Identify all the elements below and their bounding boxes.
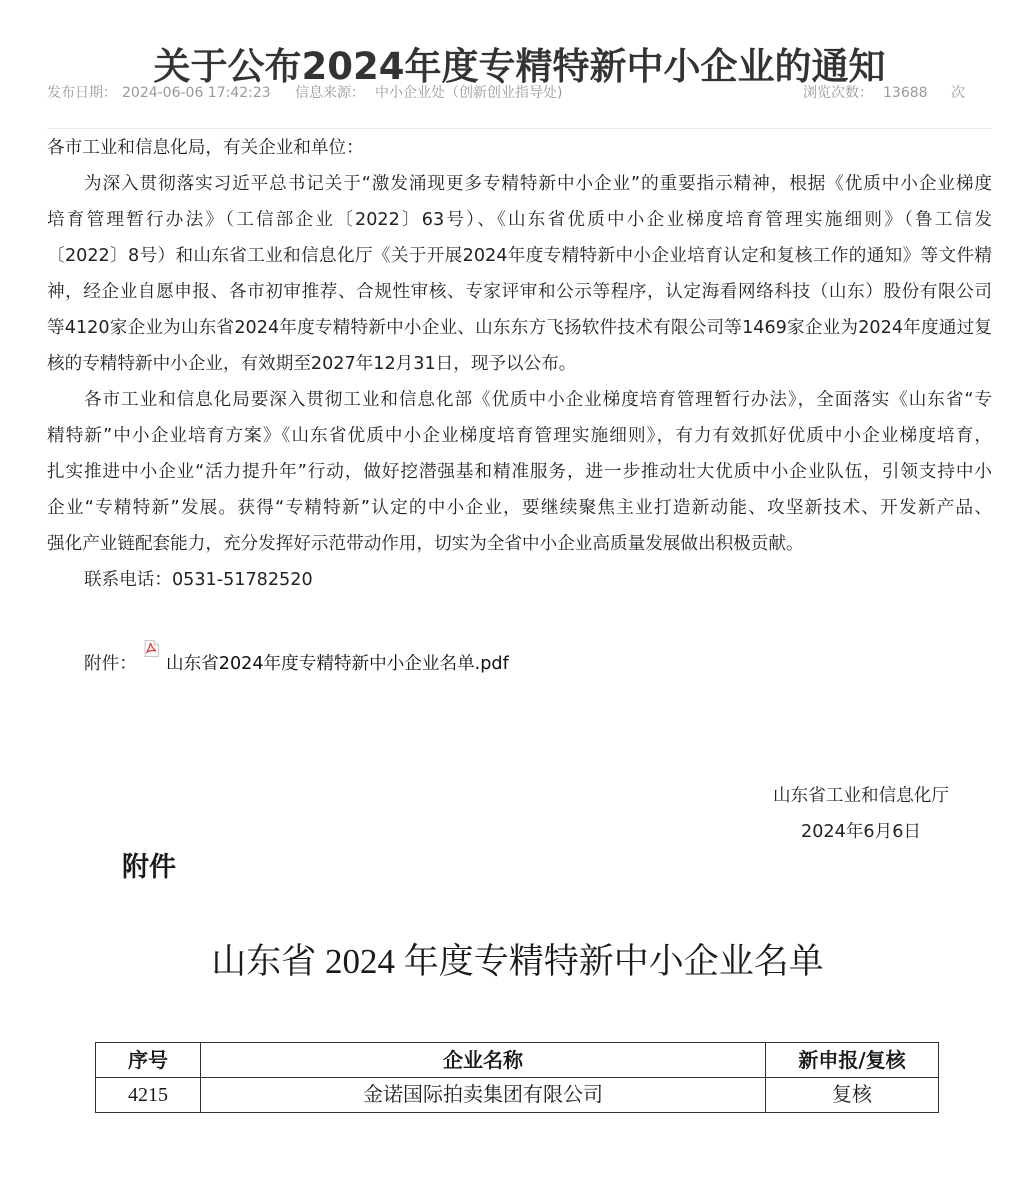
attachment-heading: 附件 xyxy=(122,851,176,885)
source-value: 中小企业处（创新创业指导处) xyxy=(375,83,562,103)
company-list-table: 序号 企业名称 新申报/复核 4215 金诺国际拍卖集团有限公司 复核 xyxy=(95,1042,939,1113)
paragraph-2: 各市工业和信息化局要深入贯彻工业和信息化部《优质中小企业梯度培育管理暂行办法》，… xyxy=(47,382,992,562)
signature-org: 山东省工业和信息化厅 xyxy=(47,778,992,814)
cell-type: 复核 xyxy=(766,1078,939,1113)
paragraph-line: 等4120家企业为山东省2024年度专精特新中小企业、山东东方飞扬软件技术有限公… xyxy=(47,310,992,346)
spacer xyxy=(47,706,992,742)
table-row: 4215 金诺国际拍卖集团有限公司 复核 xyxy=(96,1078,939,1113)
column-header-type: 新申报/复核 xyxy=(766,1043,939,1078)
paragraph-line: 扎实推进中小企业“活力提升年”行动，做好挖潜强基和精准服务，进一步推动壮大优质中… xyxy=(47,454,992,490)
contact-phone: 联系电话：0531-51782520 xyxy=(47,562,992,598)
pdf-icon xyxy=(144,634,159,651)
paragraph-line: 精特新”中小企业培育方案》《山东省优质中小企业梯度培育管理实施细则》，有力有效抓… xyxy=(47,418,992,454)
paragraph-line: 企业“专精特新”发展。获得“专精特新”认定的中小企业，要继续聚焦主业打造新动能、… xyxy=(47,490,992,526)
paragraph-line: 神，经企业自愿申报、各市初审推荐、合规性审核、专家评审和公示等程序，认定海看网络… xyxy=(47,274,992,310)
attachment-preview-image: 附件 山东省 2024 年度专精特新中小企业名单 序号 企业名称 新申报/复核 … xyxy=(90,845,950,1130)
meta-divider xyxy=(47,128,992,129)
paragraph-line: 各市工业和信息化局要深入贯彻工业和信息化部《优质中小企业梯度培育管理暂行办法》，… xyxy=(47,382,992,418)
table-header-row: 序号 企业名称 新申报/复核 xyxy=(96,1043,939,1078)
publish-date-value: 2024-06-06 17:42:23 xyxy=(122,83,271,103)
attachment-label: 附件： xyxy=(84,654,137,674)
paragraph-line: 培育管理暂行办法》（工信部企业〔2022〕63号）、《山东省优质中小企业梯度培育… xyxy=(47,202,992,238)
views-unit: 次 xyxy=(951,83,965,103)
cell-serial: 4215 xyxy=(96,1078,201,1113)
column-header-serial: 序号 xyxy=(96,1043,201,1078)
paragraph-line: 核的专精特新中小企业，有效期至2027年12月31日，现予以公布。 xyxy=(47,346,992,382)
attachment-pdf-link[interactable]: 山东省2024年度专精特新中小企业名单.pdf xyxy=(166,654,509,674)
paragraph-1: 为深入贯彻落实习近平总书记关于“激发涌现更多专精特新中小企业”的重要指示精神，根… xyxy=(47,166,992,382)
article-body: 各市工业和信息化局，有关企业和单位： 为深入贯彻落实习近平总书记关于“激发涌现更… xyxy=(47,130,992,850)
attachment-row: 附件： 山东省2024年度专精特新中小企业名单.pdf xyxy=(47,634,992,670)
attachment-list-title: 山东省 2024 年度专精特新中小企业名单 xyxy=(90,939,945,985)
views-count: 13688 xyxy=(883,83,928,103)
paragraph-line: 强化产业链配套能力，充分发挥好示范带动作用，切实为全省中小企业高质量发展做出积极… xyxy=(47,526,992,562)
paragraph-line: 为深入贯彻落实习近平总书记关于“激发涌现更多专精特新中小企业”的重要指示精神，根… xyxy=(47,166,992,202)
publish-date-label: 发布日期： xyxy=(47,83,117,103)
spacer xyxy=(47,742,992,778)
page: 关于公布2024年度专精特新中小企业的通知 发布日期： 2024-06-06 1… xyxy=(0,0,1032,1191)
article-meta: 发布日期： 2024-06-06 17:42:23 信息来源： 中小企业处（创新… xyxy=(47,83,992,103)
cell-company: 金诺国际拍卖集团有限公司 xyxy=(201,1078,766,1113)
spacer xyxy=(47,670,992,706)
source-label: 信息来源： xyxy=(295,83,365,103)
views-label: 浏览次数： xyxy=(803,83,873,103)
column-header-company: 企业名称 xyxy=(201,1043,766,1078)
paragraph-line: 〔2022〕8号）和山东省工业和信息化厅《关于开展2024年度专精特新中小企业培… xyxy=(47,238,992,274)
salutation: 各市工业和信息化局，有关企业和单位： xyxy=(47,130,992,166)
spacer xyxy=(47,598,992,634)
